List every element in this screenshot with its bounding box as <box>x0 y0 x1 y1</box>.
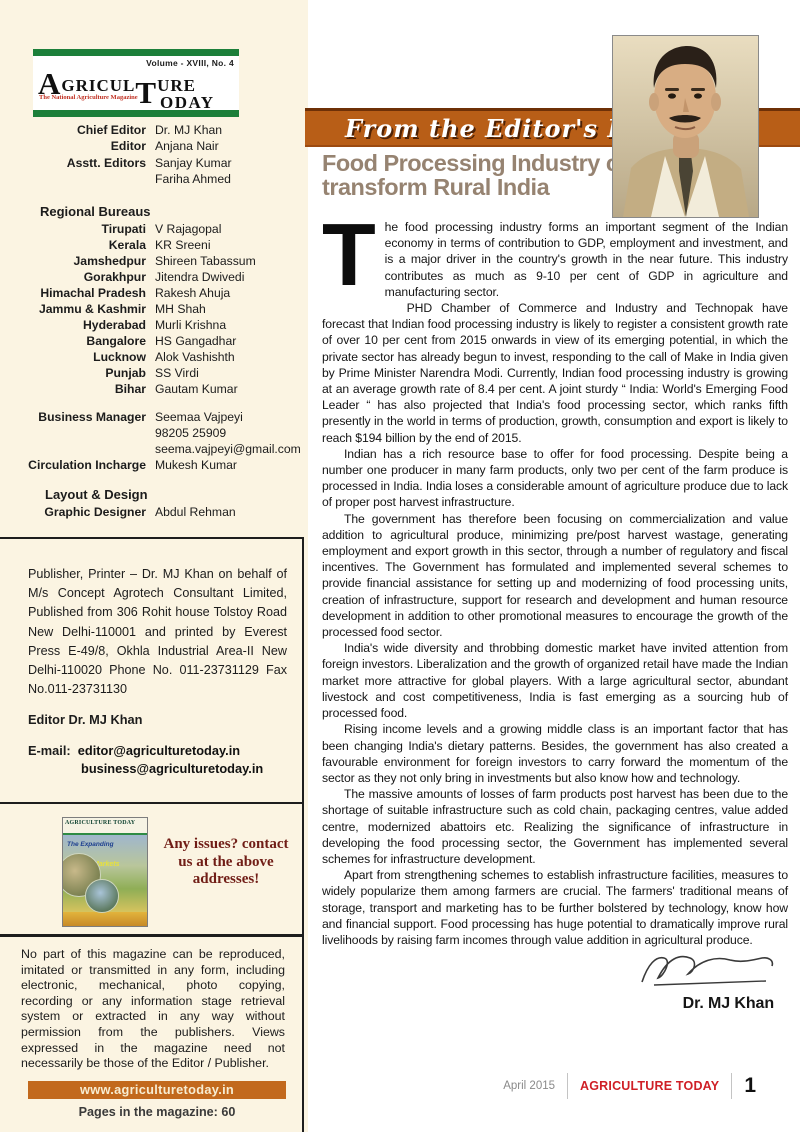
email-business-link[interactable]: business@agriculturetoday.in <box>81 761 263 776</box>
contact-note: Any issues? contact us at the above addr… <box>158 836 294 889</box>
paragraph: The food processing industry forms an im… <box>322 219 788 300</box>
email-label: E-mail: <box>28 743 71 758</box>
bureau-row: BiharGautam Kumar <box>0 381 300 397</box>
management-row: seema.vajpeyi@gmail.com <box>0 441 300 457</box>
bureau-row: GorakhpurJitendra Dwivedi <box>0 269 300 285</box>
page-footer: April 2015 AGRICULTURE TODAY 1 <box>503 1072 756 1100</box>
signature-block: Dr. MJ Khan <box>322 950 788 1012</box>
paragraph: Indian has a rich resource base to offer… <box>322 446 788 511</box>
management-list: Business ManagerSeemaa Vajpeyi 98205 259… <box>0 409 300 473</box>
regional-bureaus-heading: Regional Bureaus <box>40 204 151 219</box>
copyright-text: No part of this magazine can be reproduc… <box>21 947 285 1072</box>
cover-title: AGRICULTURE TODAY <box>65 820 145 826</box>
management-row: Business ManagerSeemaa Vajpeyi <box>0 409 300 425</box>
publisher-text: Publisher, Printer – Dr. MJ Khan on beha… <box>28 565 287 699</box>
contact-box: AGRICULTURE TODAY The Expanding Markets … <box>0 802 304 936</box>
footer-date: April 2015 <box>503 1080 555 1092</box>
editor-photo <box>612 35 759 218</box>
cover-subtitle: The Expanding <box>67 841 114 848</box>
footer-page-number: 1 <box>744 1074 756 1098</box>
article-headline: Food Processing Industry can transform R… <box>322 151 645 199</box>
editor-portrait-illustration <box>613 36 758 217</box>
bureau-row: PunjabSS Virdi <box>0 365 300 381</box>
sidebar: Volume - XVIII, No. 4 AGRICULTURE ODAY T… <box>0 0 308 1132</box>
magazine-logo: Volume - XVIII, No. 4 AGRICULTURE ODAY T… <box>33 49 239 117</box>
paragraph: The government has therefore been focusi… <box>322 511 788 641</box>
pages-note: Pages in the magazine: 60 <box>28 1105 286 1119</box>
bureau-row: Jammu & KashmirMH Shah <box>0 301 300 317</box>
bureau-row: JamshedpurShireen Tabassum <box>0 253 300 269</box>
publisher-box: Publisher, Printer – Dr. MJ Khan on beha… <box>0 537 304 803</box>
paragraph: Rising income levels and a growing middl… <box>322 721 788 786</box>
paragraph: India's wide diversity and throbbing dom… <box>322 640 788 721</box>
staff-row: EditorAnjana Nair <box>0 138 300 154</box>
staff-row: Chief EditorDr. MJ Khan <box>0 122 300 138</box>
layout-design-heading: Layout & Design <box>45 487 148 502</box>
editorial-staff-list: Chief EditorDr. MJ Khan EditorAnjana Nai… <box>0 122 300 188</box>
paragraph: Apart from strengthening schemes to esta… <box>322 867 788 948</box>
logo-wordmark: AGRICULTURE ODAY The National Agricultur… <box>38 68 234 108</box>
website-link[interactable]: www.agriculturetoday.in <box>28 1081 286 1099</box>
email-editor-link[interactable]: editor@agriculturetoday.in <box>78 743 240 758</box>
editor-line: Editor Dr. MJ Khan <box>28 712 287 727</box>
paragraph: The massive amounts of losses of farm pr… <box>322 786 788 867</box>
regional-bureaus-list: TirupatiV Rajagopal KeralaKR Sreeni Jams… <box>0 221 300 397</box>
volume-number: Volume - XVIII, No. 4 <box>38 58 234 68</box>
bureau-row: LucknowAlok Vashishth <box>0 349 300 365</box>
magazine-cover-thumbnail: AGRICULTURE TODAY The Expanding Markets <box>62 817 148 927</box>
copyright-box: No part of this magazine can be reproduc… <box>0 935 304 1132</box>
signature-name: Dr. MJ Khan <box>322 996 784 1012</box>
bureau-row: BangaloreHS Gangadhar <box>0 333 300 349</box>
logo-tagline: The National Agriculture Magazine <box>39 95 138 102</box>
email-block: E-mail: editor@agriculturetoday.in busin… <box>28 742 287 778</box>
footer-magazine-name: AGRICULTURE TODAY <box>580 1079 719 1093</box>
cover-photo-circle <box>85 879 119 913</box>
bureau-row: KeralaKR Sreeni <box>0 237 300 253</box>
management-row: Circulation InchargeMukesh Kumar <box>0 457 300 473</box>
management-row: 98205 25909 <box>0 425 300 441</box>
layout-design-list: Graphic DesignerAbdul Rehman <box>0 504 300 520</box>
article-body: The food processing industry forms an im… <box>322 219 788 1013</box>
paragraph: PHD Chamber of Commerce and Industry and… <box>322 300 788 446</box>
signature-icon <box>634 950 784 990</box>
drop-cap: T <box>322 222 376 300</box>
footer-divider <box>567 1073 568 1099</box>
bureau-row: HyderabadMurli Krishna <box>0 317 300 333</box>
layout-design-row: Graphic DesignerAbdul Rehman <box>0 504 300 520</box>
footer-divider <box>731 1073 732 1099</box>
bureau-row: TirupatiV Rajagopal <box>0 221 300 237</box>
staff-row: Asstt. EditorsSanjay Kumar <box>0 155 300 171</box>
bureau-row: Himachal PradeshRakesh Ahuja <box>0 285 300 301</box>
staff-row: Fariha Ahmed <box>0 171 300 187</box>
